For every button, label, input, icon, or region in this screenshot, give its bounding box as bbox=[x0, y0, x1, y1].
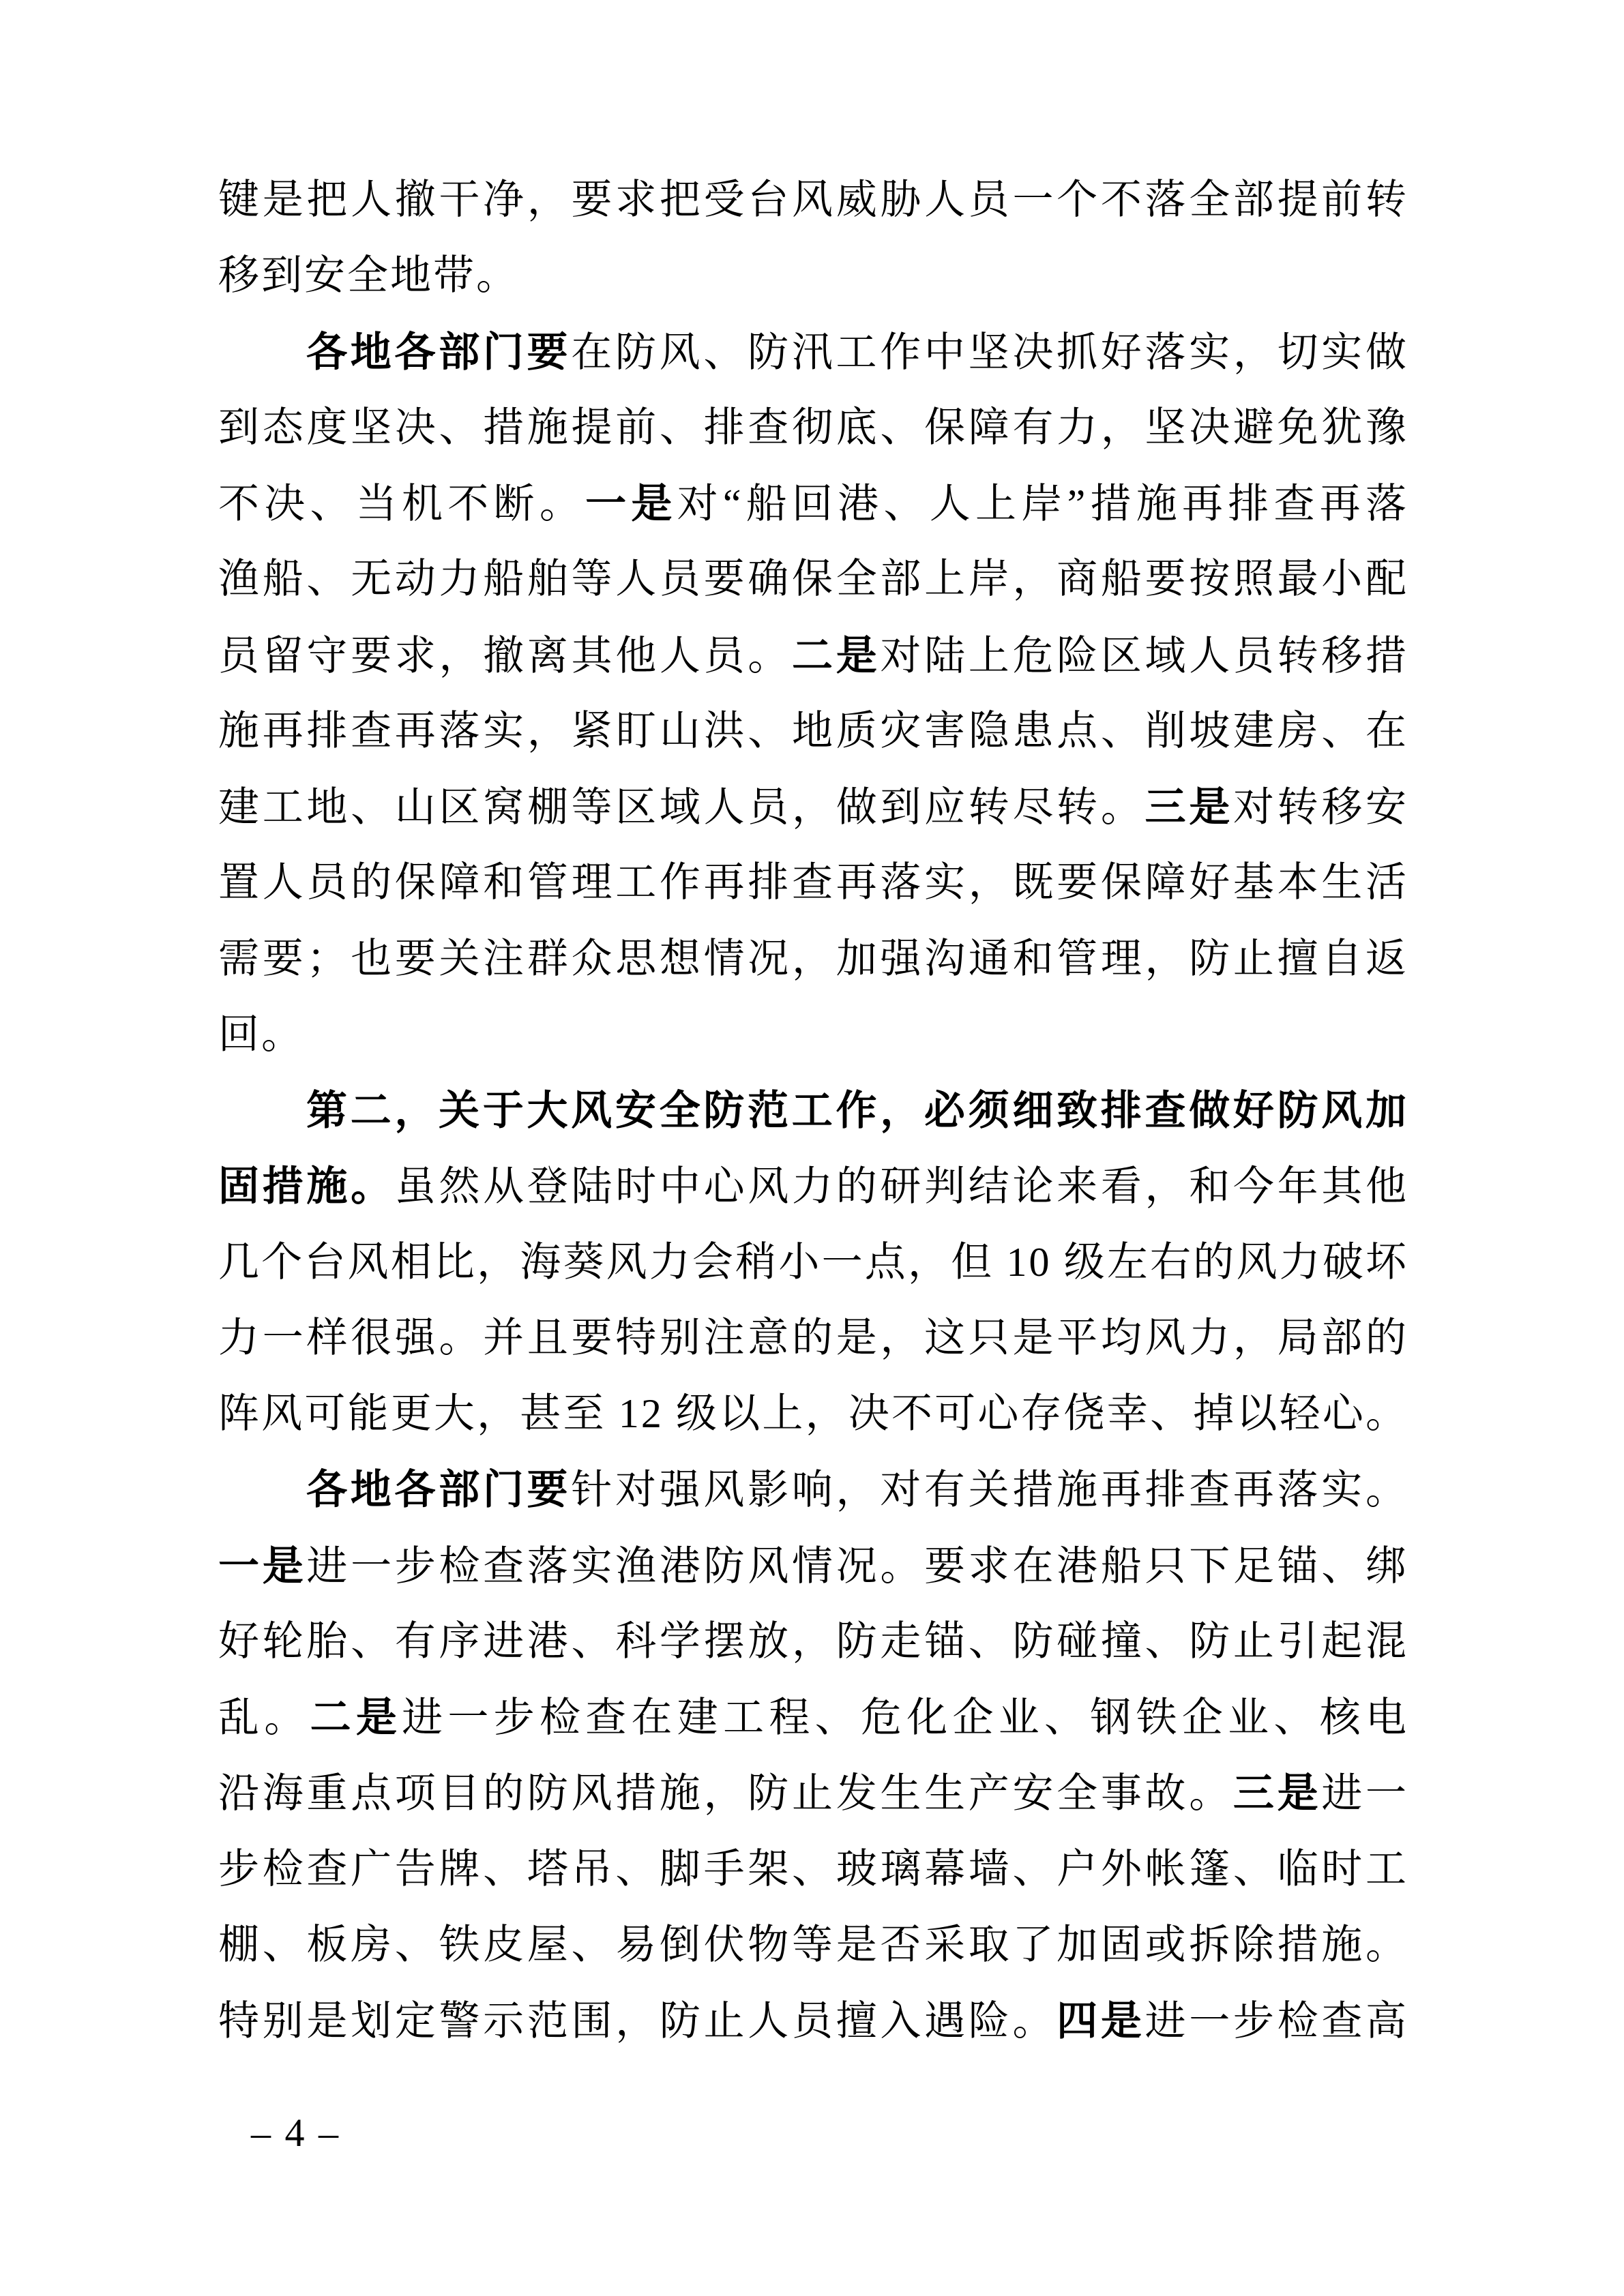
text-line: 步检查广告牌、塔吊、脚手架、玻璃幕墙、户外帐篷、临时工 bbox=[218, 1832, 1408, 1907]
text-line: 不决、当机不断。一是对“船回港、人上岸”措施再排查再落实， bbox=[218, 466, 1408, 541]
text-line: 员留守要求，撤离其他人员。二是对陆上危险区域人员转移措 bbox=[218, 618, 1408, 694]
text-run: 进一 bbox=[1321, 1771, 1408, 1816]
text-line: 力一样很强。并且要特别注意的是，这只是平均风力，局部的 bbox=[218, 1300, 1408, 1376]
text-run: 需要；也要关注群众思想情况，加强沟通和管理，防止擅自返 bbox=[218, 936, 1408, 981]
text-run: 阵风可能更大，甚至 12 级以上，决不可心存侥幸、掉以轻心。 bbox=[218, 1391, 1408, 1436]
text-run: 特别是划定警示范围，防止人员擅入遇险。 bbox=[218, 1999, 1057, 2044]
text-run: 进一步检查落实渔港防风情况。要求在港船只下足锚、绑 bbox=[306, 1544, 1408, 1589]
text-line: 键是把人撤干净，要求把受台风威胁人员一个不落全部提前转 bbox=[218, 162, 1408, 238]
text-run-bold: 固措施。 bbox=[218, 1163, 395, 1209]
text-run: 几个台风相比，海葵风力会稍小一点，但 10 级左右的风力破坏 bbox=[218, 1240, 1408, 1285]
text-run: 置人员的保障和管理工作再排查再落实，既要保障好基本生活 bbox=[218, 860, 1408, 905]
text-run: 乱。 bbox=[218, 1695, 310, 1740]
document-page: 键是把人撤干净，要求把受台风威胁人员一个不落全部提前转移到安全地带。各地各部门要… bbox=[0, 0, 1624, 2296]
text-run-bold: 四是 bbox=[1057, 1998, 1145, 2044]
text-run: 沿海重点项目的防风措施，防止发生生产安全事故。 bbox=[218, 1771, 1233, 1816]
text-run-bold: 二是 bbox=[792, 633, 880, 679]
text-run: 回。 bbox=[218, 1012, 304, 1057]
text-run: 移到安全地带。 bbox=[218, 253, 519, 298]
text-line: 到态度坚决、措施提前、排查彻底、保障有力，坚决避免犹豫 bbox=[218, 390, 1408, 466]
text-run-bold: 第二，关于大风安全防范工作，必须细致排查做好防风加 bbox=[306, 1088, 1408, 1133]
text-run: 虽然从登陆时中心风力的研判结论来看，和今年其他 bbox=[395, 1164, 1408, 1209]
text-line: 各地各部门要针对强风影响，对有关措施再排查再落实。 bbox=[218, 1452, 1408, 1527]
text-run: 棚、板房、铁皮屋、易倒伏物等是否采取了加固或拆除措施。 bbox=[218, 1922, 1408, 1967]
text-run: 进一步检查高 bbox=[1145, 1999, 1408, 2044]
text-run-bold: 三是 bbox=[1145, 784, 1233, 830]
text-run-bold: 一是 bbox=[218, 1543, 306, 1589]
text-run-bold: 各地各部门要 bbox=[306, 329, 571, 375]
text-line: 一是进一步检查落实渔港防风情况。要求在港船只下足锚、绑 bbox=[218, 1528, 1408, 1604]
text-run: 步检查广告牌、塔吊、脚手架、玻璃幕墙、户外帐篷、临时工 bbox=[218, 1847, 1408, 1892]
text-run: 在防风、防汛工作中坚决抓好落实，切实做 bbox=[571, 330, 1408, 375]
text-line: 回。 bbox=[218, 997, 1408, 1073]
text-line: 棚、板房、铁皮屋、易倒伏物等是否采取了加固或拆除措施。 bbox=[218, 1907, 1408, 1983]
text-line: 特别是划定警示范围，防止人员擅入遇险。四是进一步检查高 bbox=[218, 1983, 1408, 2059]
text-line: 施再排查再落实，紧盯山洪、地质灾害隐患点、削坡建房、在 bbox=[218, 694, 1408, 769]
text-run: 员留守要求，撤离其他人员。 bbox=[218, 633, 792, 679]
text-run: 针对强风影响，对有关措施再排查再落实。 bbox=[571, 1467, 1408, 1512]
text-line: 几个台风相比，海葵风力会稍小一点，但 10 级左右的风力破坏 bbox=[218, 1225, 1408, 1300]
text-run: 对陆上危险区域人员转移措 bbox=[880, 633, 1408, 679]
text-run-bold: 一是 bbox=[585, 481, 677, 526]
text-line: 置人员的保障和管理工作再排查再落实，既要保障好基本生活 bbox=[218, 845, 1408, 921]
text-line: 建工地、山区窝棚等区域人员，做到应转尽转。三是对转移安 bbox=[218, 769, 1408, 845]
text-line: 沿海重点项目的防风措施，防止发生生产安全事故。三是进一 bbox=[218, 1755, 1408, 1831]
text-run-bold: 三是 bbox=[1233, 1770, 1321, 1816]
text-run: 力一样很强。并且要特别注意的是，这只是平均风力，局部的 bbox=[218, 1315, 1408, 1360]
text-run: 键是把人撤干净，要求把受台风威胁人员一个不落全部提前转 bbox=[218, 177, 1408, 222]
document-body: 键是把人撤干净，要求把受台风威胁人员一个不落全部提前转移到安全地带。各地各部门要… bbox=[218, 162, 1408, 2059]
text-run: 好轮胎、有序进港、科学摆放，防走锚、防碰撞、防止引起混 bbox=[218, 1619, 1408, 1664]
text-run: 施再排查再落实，紧盯山洪、地质灾害隐患点、削坡建房、在 bbox=[218, 709, 1408, 754]
text-line: 阵风可能更大，甚至 12 级以上，决不可心存侥幸、掉以轻心。 bbox=[218, 1376, 1408, 1452]
text-line: 第二，关于大风安全防范工作，必须细致排查做好防风加 bbox=[218, 1073, 1408, 1148]
text-run-bold: 二是 bbox=[310, 1695, 402, 1740]
text-run: 到态度坚决、措施提前、排查彻底、保障有力，坚决避免犹豫 bbox=[218, 405, 1408, 450]
text-line: 好轮胎、有序进港、科学摆放，防走锚、防碰撞、防止引起混 bbox=[218, 1604, 1408, 1680]
text-line: 渔船、无动力船舶等人员要确保全部上岸，商船要按照最小配 bbox=[218, 541, 1408, 617]
text-line: 移到安全地带。 bbox=[218, 238, 1408, 314]
text-line: 需要；也要关注群众思想情况，加强沟通和管理，防止擅自返 bbox=[218, 921, 1408, 997]
text-run: 对转移安 bbox=[1233, 785, 1408, 830]
text-run: 渔船、无动力船舶等人员要确保全部上岸，商船要按照最小配 bbox=[218, 556, 1408, 601]
text-line: 固措施。虽然从登陆时中心风力的研判结论来看，和今年其他 bbox=[218, 1148, 1408, 1224]
text-run: 不决、当机不断。 bbox=[218, 481, 585, 526]
page-number: – 4 – bbox=[251, 2113, 340, 2153]
text-run-bold: 各地各部门要 bbox=[306, 1467, 571, 1512]
text-line: 各地各部门要在防风、防汛工作中坚决抓好落实，切实做 bbox=[218, 314, 1408, 390]
text-run: 建工地、山区窝棚等区域人员，做到应转尽转。 bbox=[218, 785, 1145, 830]
text-line: 乱。二是进一步检查在建工程、危化企业、钢铁企业、核电站、 bbox=[218, 1680, 1408, 1755]
